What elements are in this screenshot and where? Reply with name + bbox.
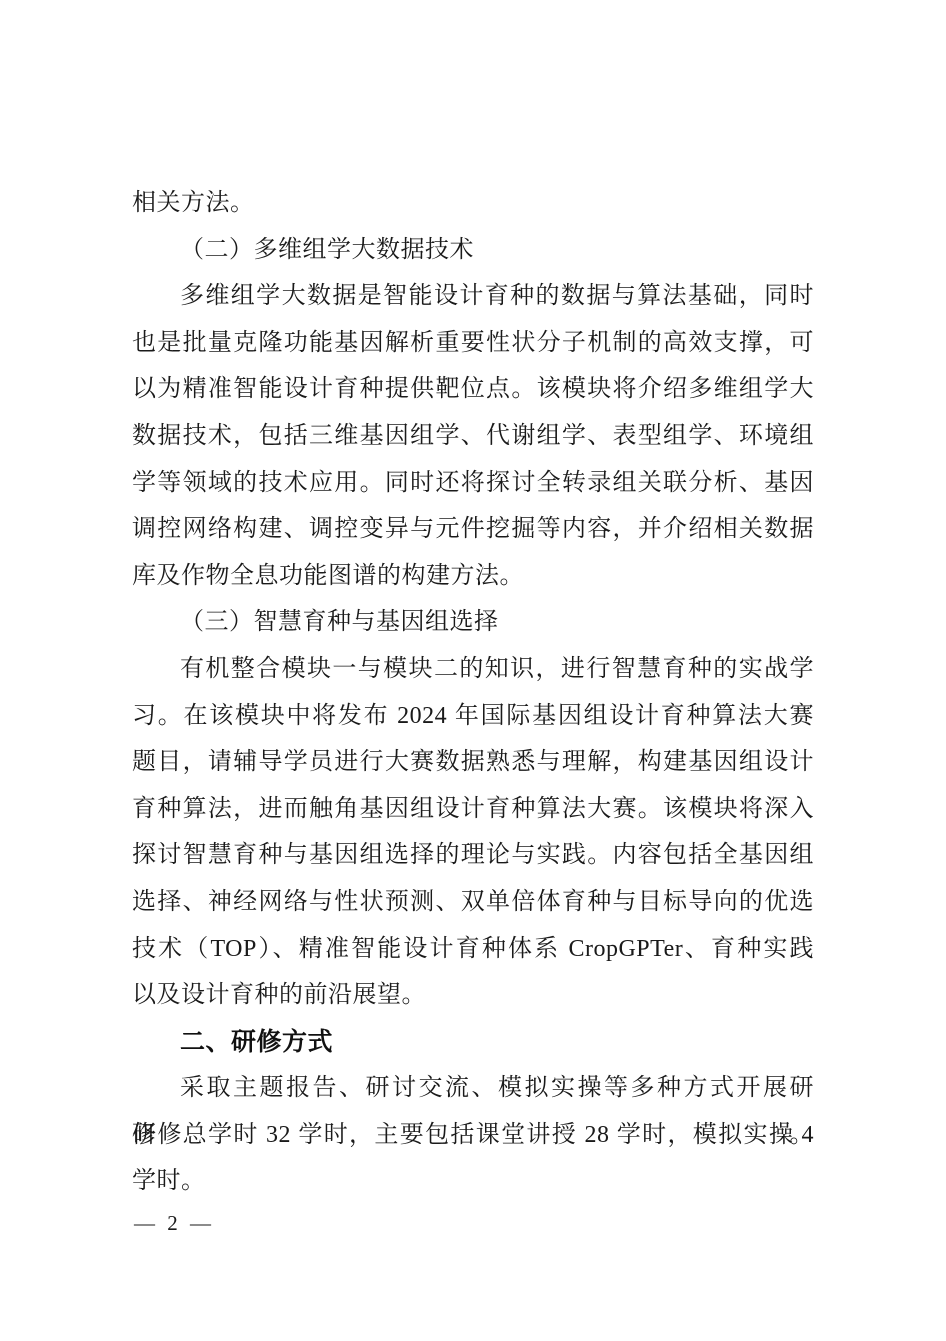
subheading-line: （二）多维组学大数据技术 <box>132 227 814 274</box>
text-line: 以及设计育种的前沿展望。 <box>132 972 814 1019</box>
text-line: 数据技术，包括三维基因组学、代谢组学、表型组学、环境组 <box>132 413 814 460</box>
text-line: 题目，请辅导学员进行大赛数据熟悉与理解，构建基因组设计 <box>132 739 814 786</box>
page-number: — 2 — <box>134 1210 211 1236</box>
text-line: 习。在该模块中将发布 2024 年国际基因组设计育种算法大赛 <box>132 693 814 740</box>
text-line: 育种算法，进而触角基因组设计育种算法大赛。该模块将深入 <box>132 786 814 833</box>
text-line: 选择、神经网络与性状预测、双单倍体育种与目标导向的优选 <box>132 879 814 926</box>
text-line: 学时。 <box>132 1158 814 1205</box>
text-line: 有机整合模块一与模块二的知识，进行智慧育种的实战学 <box>132 646 814 693</box>
text-block: 相关方法。（二）多维组学大数据技术多维组学大数据是智能设计育种的数据与算法基础，… <box>132 180 814 1205</box>
text-line: 技术（TOP）、精准智能设计育种体系 CropGPTer、育种实践 <box>132 926 814 973</box>
text-line: 多维组学大数据是智能设计育种的数据与算法基础，同时 <box>132 273 814 320</box>
text-line: 调控网络构建、调控变异与元件挖掘等内容，并介绍相关数据 <box>132 506 814 553</box>
text-line: 学等领域的技术应用。同时还将探讨全转录组关联分析、基因 <box>132 460 814 507</box>
document-page: 相关方法。（二）多维组学大数据技术多维组学大数据是智能设计育种的数据与算法基础，… <box>0 0 946 1341</box>
subheading-line: （三）智慧育种与基因组选择 <box>132 599 814 646</box>
text-line: 也是批量克隆功能基因解析重要性状分子机制的高效支撑，可 <box>132 320 814 367</box>
section-heading-line: 二、研修方式 <box>132 1019 814 1066</box>
text-line: 以为精准智能设计育种提供靶位点。该模块将介绍多维组学大 <box>132 366 814 413</box>
text-line: 探讨智慧育种与基因组选择的理论与实践。内容包括全基因组 <box>132 832 814 879</box>
text-line: 相关方法。 <box>132 180 814 227</box>
text-line: 采取主题报告、研讨交流、模拟实操等多种方式开展研修。 <box>132 1065 814 1112</box>
text-line: 库及作物全息功能图谱的构建方法。 <box>132 553 814 600</box>
text-line: 研修总学时 32 学时，主要包括课堂讲授 28 学时，模拟实操 4 <box>132 1112 814 1159</box>
